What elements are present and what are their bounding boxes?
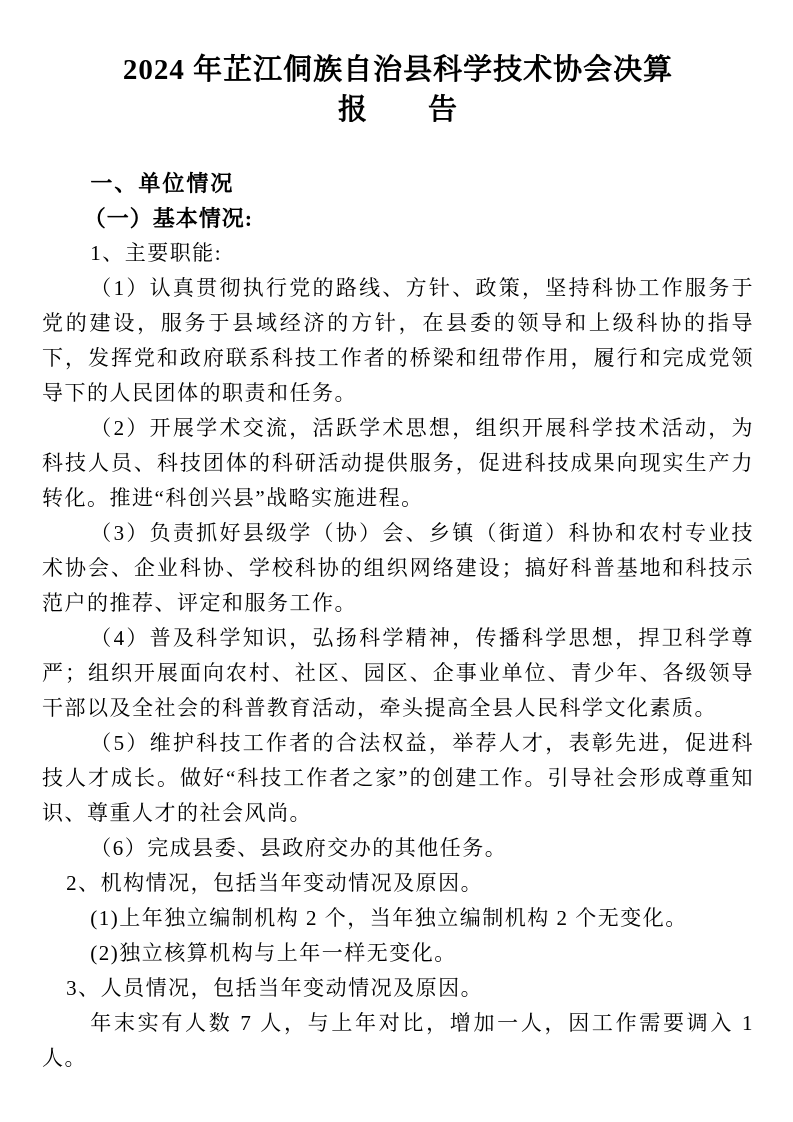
document-title: 2024 年芷江侗族自治县科学技术协会决算 报 告 xyxy=(42,50,754,130)
item-organization-info: 2、机构情况，包括当年变动情况及原因。 xyxy=(42,866,754,901)
organization-detail-2: (2)独立核算机构与上年一样无变化。 xyxy=(42,936,754,971)
title-line-1: 2024 年芷江侗族自治县科学技术协会决算 xyxy=(42,50,754,90)
duty-paragraph-5: （5）维护科技工作者的合法权益，举荐人才，表彰先进，促进科技人才成长。做好“科技… xyxy=(42,726,754,831)
organization-detail-1: (1)上年独立编制机构 2 个，当年独立编制机构 2 个无变化。 xyxy=(42,901,754,936)
document-page: 2024 年芷江侗族自治县科学技术协会决算 报 告 一、单位情况 （一）基本情况… xyxy=(0,0,793,1122)
duty-paragraph-4: （4）普及科学知识，弘扬科学精神，传播科学思想，捍卫科学尊严；组织开展面向农村、… xyxy=(42,621,754,726)
item-personnel-info: 3、人员情况，包括当年变动情况及原因。 xyxy=(42,971,754,1006)
title-line-2: 报 告 xyxy=(42,90,754,130)
subsection-heading-basic-info: （一）基本情况: xyxy=(42,201,754,236)
duty-paragraph-3: （3）负责抓好县级学（协）会、乡镇（街道）科协和农村专业技术协会、企业科协、学校… xyxy=(42,516,754,621)
duty-paragraph-6: （6）完成县委、县政府交办的其他任务。 xyxy=(42,831,754,866)
section-heading-unit-info: 一、单位情况 xyxy=(42,166,754,201)
duty-paragraph-2: （2）开展学术交流，活跃学术思想，组织开展科学技术活动，为科技人员、科技团体的科… xyxy=(42,411,754,516)
duty-paragraph-1: （1）认真贯彻执行党的路线、方针、政策，坚持科协工作服务于党的建设，服务于县域经… xyxy=(42,271,754,411)
document-body: 一、单位情况 （一）基本情况: 1、主要职能: （1）认真贯彻执行党的路线、方针… xyxy=(42,166,754,1076)
personnel-detail: 年末实有人数 7 人，与上年对比，增加一人，因工作需要调入 1 人。 xyxy=(42,1006,754,1076)
item-main-duties: 1、主要职能: xyxy=(42,236,754,271)
